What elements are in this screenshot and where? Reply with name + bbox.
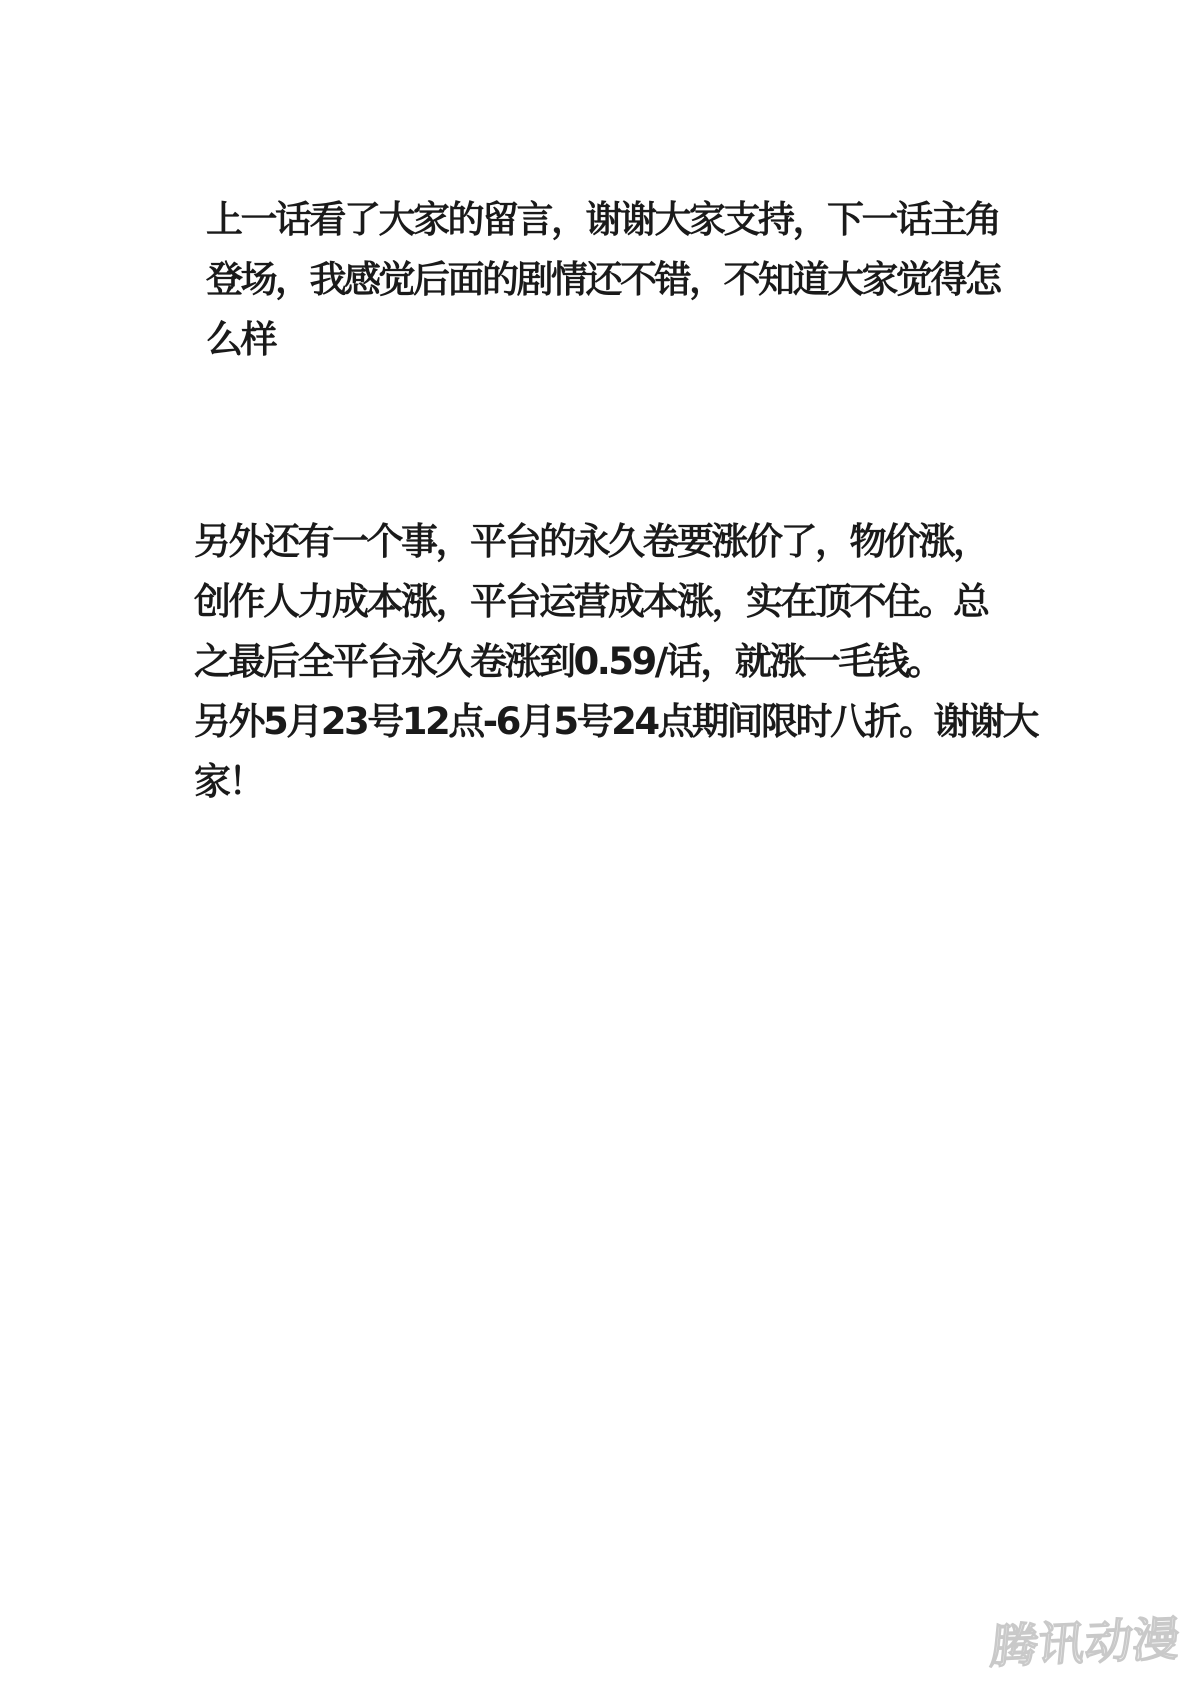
note-line: 创作人力成本涨，平台运营成本涨，实在顶不住。总 xyxy=(194,572,1037,632)
note-line: 么样 xyxy=(206,310,1000,370)
note-line: 另外还有一个事，平台的永久卷要涨价了，物价涨， xyxy=(194,512,1037,572)
note-line: 家！ xyxy=(194,752,1037,812)
note-line: 上一话看了大家的留言，谢谢大家支持，下一话主角 xyxy=(206,190,1000,250)
tencent-comics-watermark-logo: 腾讯动漫 xyxy=(988,1614,1182,1674)
note-line: 登场，我感觉后面的剧情还不错，不知道大家觉得怎 xyxy=(206,250,1000,310)
comic-author-note-page: 上一话看了大家的留言，谢谢大家支持，下一话主角 登场，我感觉后面的剧情还不错，不… xyxy=(0,0,1200,1698)
author-note-paragraph-2: 另外还有一个事，平台的永久卷要涨价了，物价涨， 创作人力成本涨，平台运营成本涨，… xyxy=(194,512,1037,812)
note-line: 另外5月23号12点-6月5号24点期间限时八折。谢谢大 xyxy=(194,692,1037,752)
note-line: 之最后全平台永久卷涨到0.59/话，就涨一毛钱。 xyxy=(194,632,1037,692)
author-note-paragraph-1: 上一话看了大家的留言，谢谢大家支持，下一话主角 登场，我感觉后面的剧情还不错，不… xyxy=(206,190,1000,370)
